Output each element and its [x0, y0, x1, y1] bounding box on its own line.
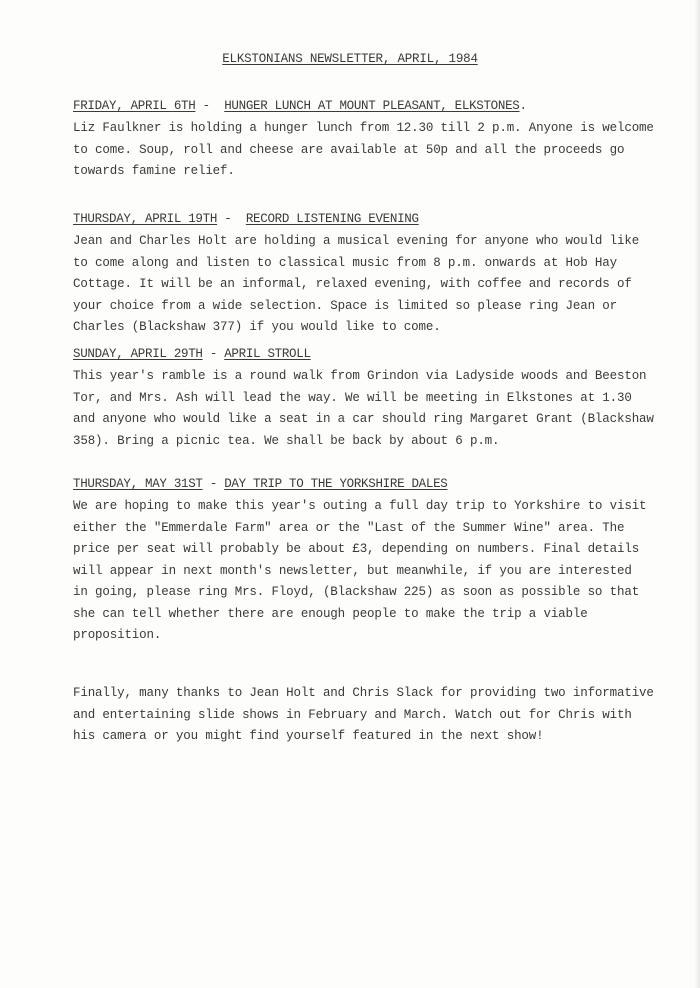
paragraph-line: in going, please ring Mrs. Floyd, (Black…	[73, 582, 673, 604]
event-date: THURSDAY, APRIL 19TH	[73, 212, 217, 226]
paragraph-line: his camera or you might find yourself fe…	[73, 726, 673, 748]
heading-separator: -	[203, 347, 225, 361]
heading-separator: -	[195, 99, 217, 113]
paragraph-line: and entertaining slide shows in February…	[73, 705, 673, 727]
paragraph-line: We are hoping to make this year's outing…	[73, 496, 673, 518]
paragraph-line: Tor, and Mrs. Ash will lead the way. We …	[73, 388, 673, 410]
paragraph-line: to come. Soup, roll and cheese are avail…	[73, 140, 673, 162]
event-title: RECORD LISTENING EVENING	[246, 212, 419, 226]
section-day-trip: THURSDAY, MAY 31ST - DAY TRIP TO THE YOR…	[73, 474, 673, 647]
section-heading: THURSDAY, APRIL 19TH - RECORD LISTENING …	[73, 209, 673, 229]
section-heading: THURSDAY, MAY 31ST - DAY TRIP TO THE YOR…	[73, 474, 673, 494]
closing-paragraph: Finally, many thanks to Jean Holt and Ch…	[73, 683, 673, 748]
paragraph-line: either the "Emmerdale Farm" area or the …	[73, 518, 673, 540]
paragraph-line: Finally, many thanks to Jean Holt and Ch…	[73, 683, 673, 705]
section-record-evening: THURSDAY, APRIL 19TH - RECORD LISTENING …	[73, 209, 673, 339]
event-date: FRIDAY, APRIL 6TH	[73, 99, 195, 113]
event-title: HUNGER LUNCH AT MOUNT PLEASANT, ELKSTONE…	[224, 99, 519, 113]
paragraph-line: price per seat will probably be about £3…	[73, 539, 673, 561]
page-edge-shadow	[694, 0, 700, 988]
paragraph-line: she can tell whether there are enough pe…	[73, 604, 673, 626]
paragraph-line: to come along and listen to classical mu…	[73, 253, 673, 275]
heading-separator: -	[217, 212, 239, 226]
heading-trailing: .	[520, 99, 527, 113]
event-title: APRIL STROLL	[224, 347, 310, 361]
paragraph-line: This year's ramble is a round walk from …	[73, 366, 673, 388]
paragraph-line: Jean and Charles Holt are holding a musi…	[73, 231, 673, 253]
section-heading: SUNDAY, APRIL 29TH - APRIL STROLL	[73, 344, 673, 364]
newsletter-title-text: ELKSTONIANS NEWSLETTER, APRIL, 1984	[222, 52, 478, 66]
event-date: THURSDAY, MAY 31ST	[73, 477, 203, 491]
paragraph-line: Charles (Blackshaw 377) if you would lik…	[73, 317, 673, 339]
paragraph-line: will appear in next month's newsletter, …	[73, 561, 673, 583]
heading-separator: -	[203, 477, 225, 491]
section-april-stroll: SUNDAY, APRIL 29TH - APRIL STROLL This y…	[73, 344, 673, 452]
paragraph-line: 358). Bring a picnic tea. We shall be ba…	[73, 431, 673, 453]
event-title: DAY TRIP TO THE YORKSHIRE DALES	[224, 477, 447, 491]
paragraph-line: proposition.	[73, 625, 673, 647]
paragraph-line: your choice from a wide selection. Space…	[73, 296, 673, 318]
newsletter-title: ELKSTONIANS NEWSLETTER, APRIL, 1984	[0, 52, 700, 66]
paragraph-line: Liz Faulkner is holding a hunger lunch f…	[73, 118, 673, 140]
event-date: SUNDAY, APRIL 29TH	[73, 347, 203, 361]
paragraph-line: towards famine relief.	[73, 161, 673, 183]
paragraph-line: and anyone who would like a seat in a ca…	[73, 409, 673, 431]
section-hunger-lunch: FRIDAY, APRIL 6TH - HUNGER LUNCH AT MOUN…	[73, 96, 673, 183]
section-heading: FRIDAY, APRIL 6TH - HUNGER LUNCH AT MOUN…	[73, 96, 673, 116]
paragraph-line: Cottage. It will be an informal, relaxed…	[73, 274, 673, 296]
